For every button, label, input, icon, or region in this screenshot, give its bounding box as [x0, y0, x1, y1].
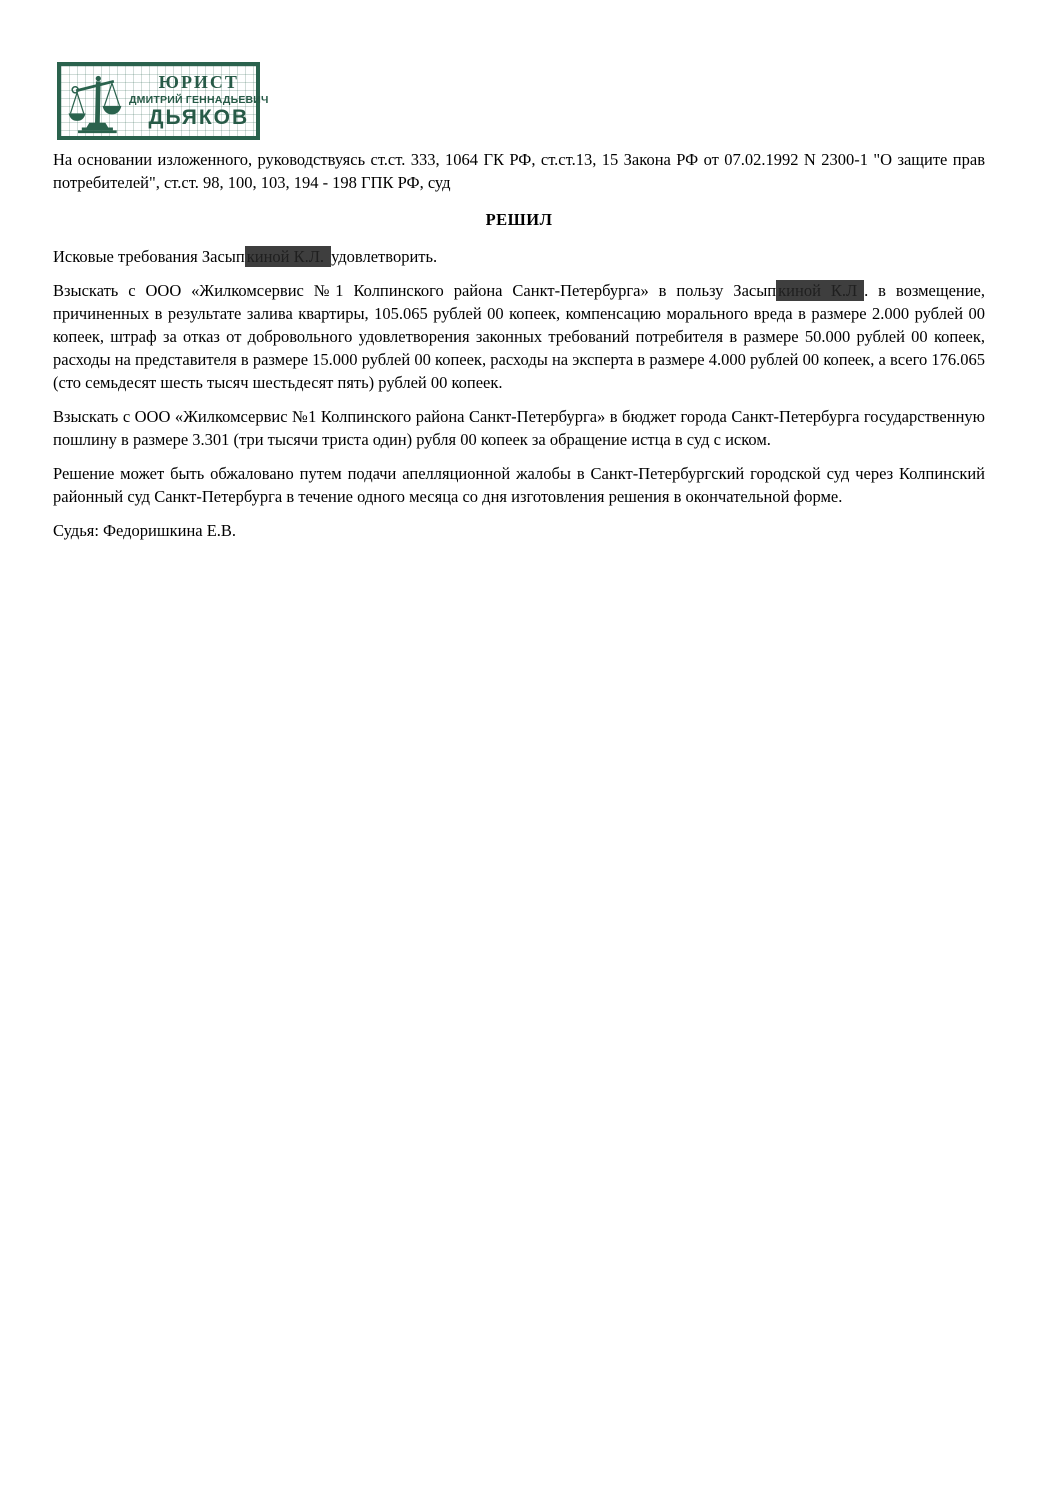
claims-text-after: удовлетворить. [331, 247, 437, 266]
lawyer-surname: ДЬЯКОВ [148, 107, 249, 129]
paragraph-judge-signature: Судья: Федоришкина Е.В. [53, 519, 985, 542]
decision-heading: РЕШИЛ [53, 208, 985, 231]
paragraph-appeal-procedure: Решение может быть обжаловано путем пода… [53, 462, 985, 508]
award-text-before: Взыскать с ООО «Жилкомсервис №1 Колпинск… [53, 281, 776, 300]
state-duty-text: Взыскать с ООО «Жилкомсервис №1 Колпинск… [53, 407, 985, 449]
appeal-text: Решение может быть обжаловано путем пода… [53, 464, 985, 506]
scales-of-justice-icon [61, 66, 129, 136]
paragraph-damages-award: Взыскать с ООО «Жилкомсервис №1 Колпинск… [53, 279, 985, 394]
legal-basis-text: На основании изложенного, руководствуясь… [53, 150, 985, 192]
lawyer-stamp: ЮРИСТ ДМИТРИЙ ГЕННАДЬЕВИЧ ДЬЯКОВ [57, 62, 260, 140]
court-decision-page: ЮРИСТ ДМИТРИЙ ГЕННАДЬЕВИЧ ДЬЯКОВ На осно… [0, 0, 1062, 1500]
lawyer-stamp-title: ЮРИСТ [159, 73, 239, 92]
claims-text-before: Исковые требования Засып [53, 247, 245, 266]
lawyer-name: ДМИТРИЙ ГЕННАДЬЕВИЧ [129, 95, 269, 106]
redaction-box: киной К.Л. [245, 246, 331, 267]
lawyer-stamp-text: ЮРИСТ ДМИТРИЙ ГЕННАДЬЕВИЧ ДЬЯКОВ [129, 66, 273, 136]
decision-body: На основании изложенного, руководствуясь… [0, 148, 1062, 553]
paragraph-state-duty: Взыскать с ООО «Жилкомсервис №1 Колпинск… [53, 405, 985, 451]
judge-name-text: Судья: Федоришкина Е.В. [53, 521, 236, 540]
paragraph-claims-granted: Исковые требования Засыпкиной К.Л.удовле… [53, 245, 985, 268]
paragraph-legal-basis: На основании изложенного, руководствуясь… [53, 148, 985, 194]
redaction-box: киной К.Л [776, 280, 864, 301]
